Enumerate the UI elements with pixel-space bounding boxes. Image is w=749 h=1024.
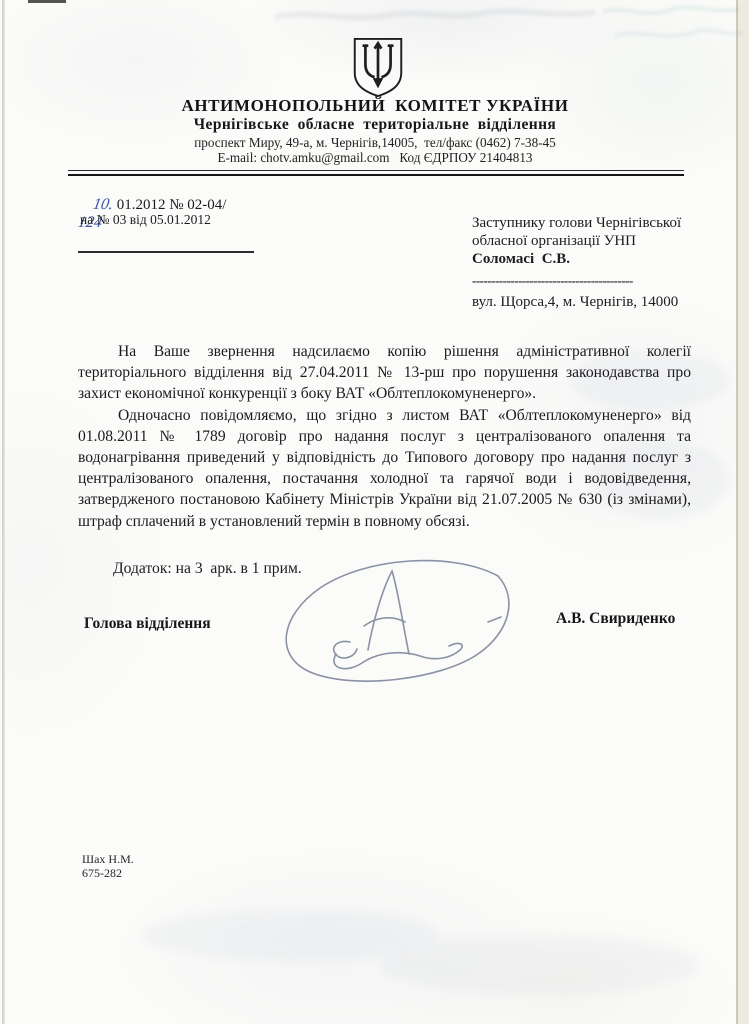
org-email-line: E-mail: chotv.amku@gmail.com Код ЄДРПОУ … [60,150,690,166]
ukraine-trident-emblem-icon [348,36,408,98]
letter-body: На Ваше звернення надсилаємо копію рішен… [78,341,691,532]
org-address: проспект Миру, 49-а, м. Чернігів,14005, … [60,135,690,151]
recipient-block: Заступнику голови Чернігівської обласної… [472,215,722,311]
executor-phone: 675-282 [82,866,134,880]
org-name: АНТИМОНОПОЛЬНИЙ КОМІТЕТ УКРАЇНИ [60,96,690,116]
scanned-letter-page: АНТИМОНОПОЛЬНИЙ КОМІТЕТ УКРАЇНИ Чернігів… [0,0,749,1024]
recipient-address: вул. Щорса,4, м. Чернігів, 14000 [472,288,722,312]
recipient-name: Соломасі С.В. [472,250,722,269]
scan-edge-artifact [2,0,5,1024]
body-paragraph-1: На Ваше звернення надсилаємо копію рішен… [78,341,691,405]
recipient-separator: ----------------------------------------… [472,269,700,288]
executor-block: Шах Н.М. 675-282 [82,852,134,880]
bleed-through-artifact [595,2,745,50]
signer-name: А.В. Свириденко [556,610,675,628]
body-paragraph-2: Одночасно повідомляємо, що згідно з лист… [78,405,691,532]
recipient-line1: Заступнику голови Чернігівської [472,215,722,233]
bleed-through-artifact [90,895,720,1015]
org-division: Чернігівське обласне територіальне відді… [60,116,690,134]
reference-number-printed: 01.2012 № 02-04/ [113,197,230,213]
scan-artifact [28,0,66,3]
letterhead-divider [68,170,684,176]
recipient-line2: обласної організації УНП [472,233,722,251]
executor-name: Шах Н.М. [82,852,134,866]
reply-to-reference: на № 03 від 05.01.2012 [80,212,211,228]
bleed-through-artifact [270,3,600,29]
handwritten-signature [272,556,528,694]
signer-position-title: Голова відділення [84,615,211,633]
